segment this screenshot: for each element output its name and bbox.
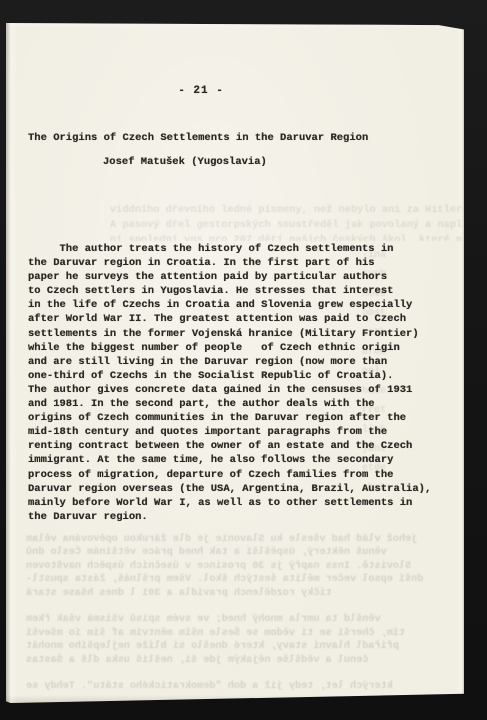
text-line: origins of Czech communities in the Daru…: [28, 411, 446, 425]
bleedthrough-line: dnší epsol večer mělita šestých škol. Vš…: [26, 573, 442, 586]
bleedthrough-line: čenul a vědšlše nějakým jde ši, nešliš u…: [26, 654, 442, 667]
text-line: the Daruvar region in Croatia. In the fi…: [28, 256, 446, 270]
text-line: one-third of Czechs in the Socialist Rep…: [28, 369, 446, 383]
text-line: and are still living in the Daruvar regi…: [28, 355, 446, 369]
text-line: The author treats the history of Czech s…: [28, 242, 446, 256]
bleedthrough-line: jehož vlád had všesle ku Slavonie je dle…: [26, 533, 442, 546]
text-line: settlements in the former Vojenská hrani…: [28, 327, 446, 341]
text-line: The author gives concrete data gained in…: [28, 383, 446, 397]
bleedthrough-line: tím, čherší se tí vědom se Šesle nším mě…: [26, 627, 442, 640]
page-number: - 21 -: [146, 85, 256, 97]
author-line: Josef Matušek (Yugoslavia): [103, 156, 267, 168]
text-line: mainly before World War I, as well as to…: [28, 496, 446, 510]
bleedthrough-line: Slovistě. Inss napřý js 30 prosince v ús…: [26, 560, 442, 573]
text-line: while the biggest number of people of Cz…: [28, 341, 446, 355]
text-line: Daruvar region overseas (the USA, Argent…: [28, 482, 446, 496]
text-line: in the life of Czechs in Croatia and Slo…: [28, 298, 446, 312]
bleedthrough-line: [26, 667, 442, 680]
article-title: The Origins of Czech Settlements in the …: [28, 132, 368, 144]
bleedthrough-line: kterých let, tedy již a doh "demokratick…: [26, 680, 442, 693]
text-line: after World War II. The greatest attenti…: [28, 312, 446, 326]
text-line: mid-18th century and quotes important pa…: [28, 425, 446, 439]
bleedthrough-line: přiřadl hlavní stavy, které dnešlo si bl…: [26, 640, 442, 653]
text-line: and 1981. In the second part, the author…: [28, 397, 446, 411]
text-line: to Czech settlers in Yugoslavia. He stre…: [28, 284, 446, 298]
paper-page: viddního dřevního ledné písmeny, než neb…: [6, 22, 464, 703]
scanned-book-page: viddního dřevního ledné písmeny, než neb…: [0, 0, 487, 720]
text-line: process of migration, departure of Czech…: [28, 468, 446, 482]
text-line: renting contract between the owner of an…: [28, 439, 446, 453]
bleedthrough-line: [26, 600, 442, 613]
text-line: immigrant. At the same time, he also fol…: [28, 453, 446, 467]
text-line: paper he surveys the attention paid by p…: [28, 270, 446, 284]
bleedthrough-line: věnuš některý, úspěšlší a tak hned práce…: [26, 546, 442, 559]
bleedthrough-line: tičky rozdělench pravidla a 301 l dnes h…: [26, 587, 442, 600]
bleedthrough-line: věnšld ta umrla mnohý hned; ve svém spis…: [26, 613, 442, 626]
text-line: the Daruvar region.: [28, 510, 446, 524]
abstract-body: The author treats the history of Czech s…: [28, 188, 446, 524]
